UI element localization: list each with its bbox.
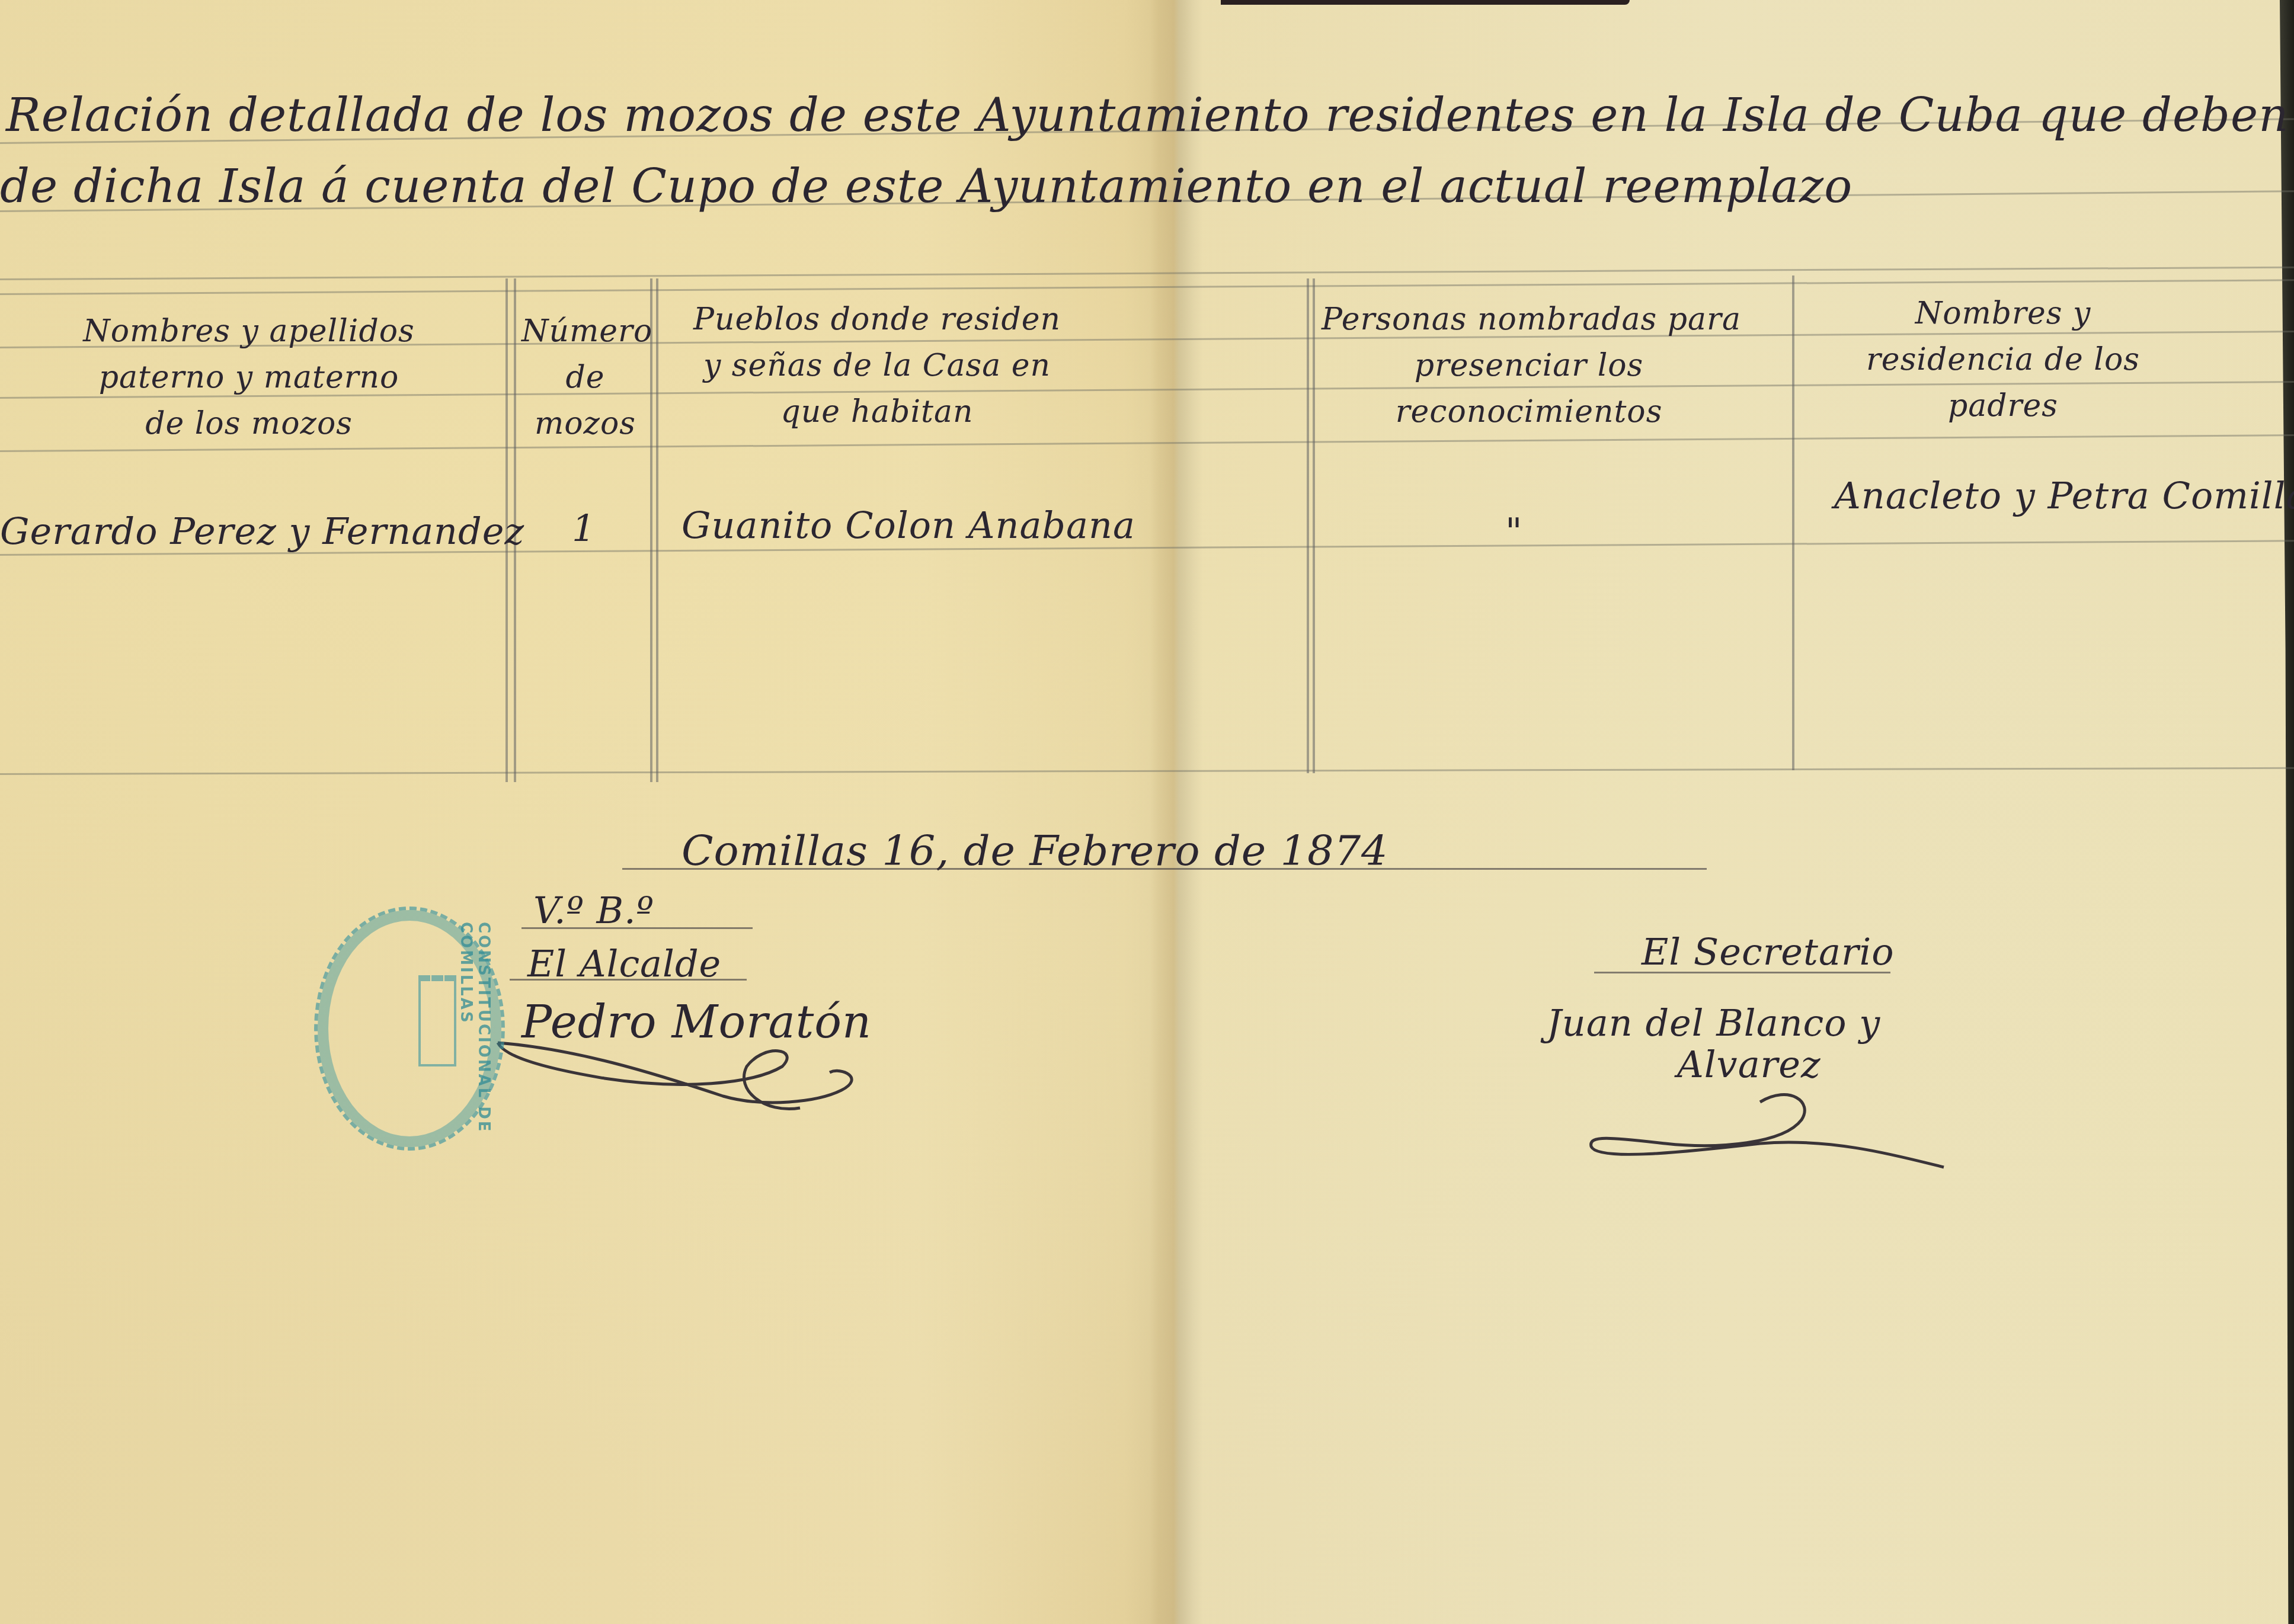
cell-parents: Anacleto y Petra Comillas. <box>1834 474 2294 517</box>
column-divider <box>1307 278 1309 773</box>
vb-underline <box>521 927 753 929</box>
alcalde-underline <box>510 979 747 981</box>
column-header-number: Número de mozos <box>521 308 649 447</box>
date-underline <box>622 868 1707 870</box>
column-header-residence: Pueblos donde residen y señas de la Casa… <box>670 296 1084 435</box>
municipal-seal: CONSTITUCIONAL DE COMILLAS <box>314 907 505 1151</box>
column-header-names: Nombres y apellidos paterno y materno de… <box>41 308 456 447</box>
seal-text: CONSTITUCIONAL DE COMILLAS <box>457 922 492 1135</box>
column-divider <box>656 278 658 782</box>
column-divider <box>1792 276 1794 770</box>
column-header-witnesses: Personas nombradas para presenciar los r… <box>1322 296 1736 435</box>
secretario-rubric <box>1564 1078 1991 1173</box>
book-spine <box>1150 0 1203 1624</box>
column-divider <box>650 278 652 782</box>
scanned-page: Relación detallada de los mozos de este … <box>0 0 2294 1624</box>
alcalde-rubric <box>486 1031 901 1126</box>
cell-recruit-name: Gerardo Perez y Fernandez <box>0 510 524 553</box>
ruled-line <box>0 267 2294 280</box>
column-divider <box>1313 278 1315 773</box>
tower-emblem-icon <box>418 975 456 1066</box>
document-title-line-2: de dicha Isla á cuenta del Cupo de este … <box>0 160 1853 213</box>
table-bottom-line <box>0 767 2294 775</box>
secretario-role: El Secretario <box>1642 930 1895 973</box>
secretario-name-1: Juan del Blanco y <box>1547 1001 1880 1045</box>
cell-recruit-number: 1 <box>572 507 596 550</box>
secretario-underline <box>1594 972 1890 973</box>
binding-edge <box>1221 0 1630 5</box>
document-title-line-1: Relación detallada de los mozos de este … <box>6 89 2294 142</box>
cell-residence: Guanito Colon Anabana <box>682 504 1135 547</box>
page-edge <box>2280 0 2294 1624</box>
visto-bueno: V.º B.º <box>533 889 654 932</box>
cell-witnesses: " <box>1505 510 1523 553</box>
column-header-parents: Nombres y residencia de los padres <box>1837 290 2169 429</box>
